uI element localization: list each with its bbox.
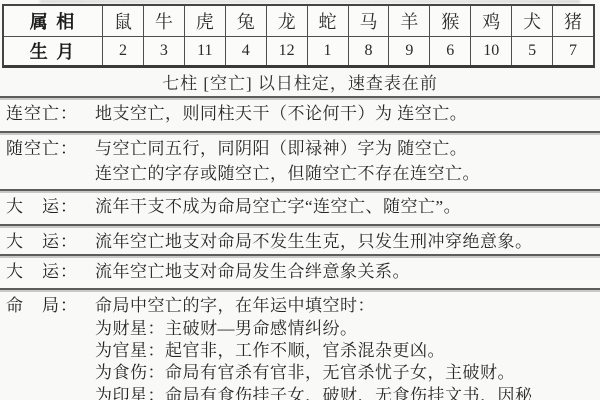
month-cell: 3 [143,36,184,66]
zodiac-cell: 虎 [184,6,225,36]
term-definition: 与空亡同五行，同阴阳（即禄神）字为 随空亡。 [95,138,467,160]
zodiac-cell: 鸡 [470,6,511,36]
rule-line-dayun-2: 大 运： 流年空亡地支对命局不发生生克，只发生刑冲穿绝意象。 [0,231,600,253]
month-cell: 10 [470,36,511,66]
term-definition: 命局中空亡的字，在年运中填空时： [95,295,375,317]
term-definition: 地支空亡，则同柱天干（不论何干）为 连空亡。 [95,103,467,125]
term-definition: 流年干支不成为命局空亡字“连空亡、随空亡”。 [95,196,461,218]
rule-line-dayun-3: 大 运： 流年空亡地支对命局发生合绊意象关系。 [0,261,600,283]
scanned-document-page: 属 相 鼠 牛 虎 兔 龙 蛇 马 羊 猴 鸡 犬 猪 生 月 2 3 11 4… [0,0,600,400]
zodiac-cell: 鼠 [102,6,143,36]
section-divider [0,131,600,133]
zodiac-cell: 龙 [266,6,307,36]
term-label: 连空亡： [6,103,94,125]
month-cell: 1 [307,36,348,66]
month-cell: 11 [184,36,225,66]
rule-line-sui-kongwang: 随空亡： 与空亡同五行，同阴阳（即禄神）字为 随空亡。 [0,138,600,160]
term-definition: 流年空亡地支对命局发生合绊意象关系。 [95,261,410,283]
mingju-subitem-shishang: 为食伤：命局有官杀有官非，无官杀忧子女，主破财。 [0,362,600,384]
subtitle-kongwang-note: 七柱 [空亡] 以日柱定，速查表在前 [0,73,600,95]
section-divider [0,224,600,226]
month-cell: 2 [102,36,143,66]
month-cell: 6 [429,36,470,66]
month-cell: 9 [388,36,429,66]
mingju-subitem-guanxing: 为官星：起官非，工作不顺，官杀混杂更凶。 [0,340,600,362]
month-cell: 7 [552,36,593,66]
rule-line-lian-kongwang: 连空亡： 地支空亡，则同柱天干（不论何干）为 连空亡。 [0,103,600,125]
rule-line-mingju: 命 局： 命局中空亡的字，在年运中填空时： [0,295,600,317]
section-divider [0,254,600,256]
zodiac-cell: 牛 [143,6,184,36]
zodiac-cell: 兔 [225,6,266,36]
term-label: 大 运： [6,261,94,283]
zodiac-cell: 蛇 [307,6,348,36]
mingju-subitem-caixing: 为财星：主破财—男命感情纠纷。 [0,318,600,340]
month-cell: 12 [266,36,307,66]
zodiac-cell: 犬 [511,6,552,36]
zodiac-cell: 猪 [552,6,593,36]
zodiac-cell: 猴 [429,6,470,36]
subitem-text: 为官星：起官非，工作不顺，官杀混杂更凶。 [95,340,445,362]
rule-line-dayun-1: 大 运： 流年干支不成为命局空亡字“连空亡、随空亡”。 [0,196,600,218]
subitem-text: 为食伤：命局有官杀有官非，无官杀忧子女，主破财。 [95,362,515,384]
subitem-text: 为印星：命局有食伤挂子女，破财，无食伤挂文书，因秘 [95,385,533,400]
section-divider [0,96,600,98]
term-label: 命 局： [6,295,94,317]
term-definition-continued: 连空亡的字存或随空亡，但随空亡不存在连空亡。 [95,163,480,185]
rule-line-sui-kongwang-cont: 连空亡的字存或随空亡，但随空亡不存在连空亡。 [0,163,600,185]
month-cell: 8 [348,36,389,66]
row-header-zodiac: 属 相 [4,6,102,36]
zodiac-month-table: 属 相 鼠 牛 虎 兔 龙 蛇 马 羊 猴 鸡 犬 猪 生 月 2 3 11 4… [2,4,595,68]
month-cell: 5 [511,36,552,66]
zodiac-cell: 羊 [388,6,429,36]
subitem-text: 为财星：主破财—男命感情纠纷。 [95,318,358,340]
term-definition: 流年空亡地支对命局不发生生克，只发生刑冲穿绝意象。 [95,231,533,253]
section-divider [0,288,600,290]
section-divider [0,189,600,191]
row-header-month: 生 月 [4,36,102,66]
mingju-subitem-yinxing-clipped: 为印星：命局有食伤挂子女，破财，无食伤挂文书，因秘 [0,385,600,400]
month-cell: 4 [225,36,266,66]
term-label: 大 运： [6,231,94,253]
zodiac-cell: 马 [348,6,389,36]
term-label: 大 运： [6,196,94,218]
scan-artifact [40,0,580,3]
term-label: 随空亡： [6,138,94,160]
